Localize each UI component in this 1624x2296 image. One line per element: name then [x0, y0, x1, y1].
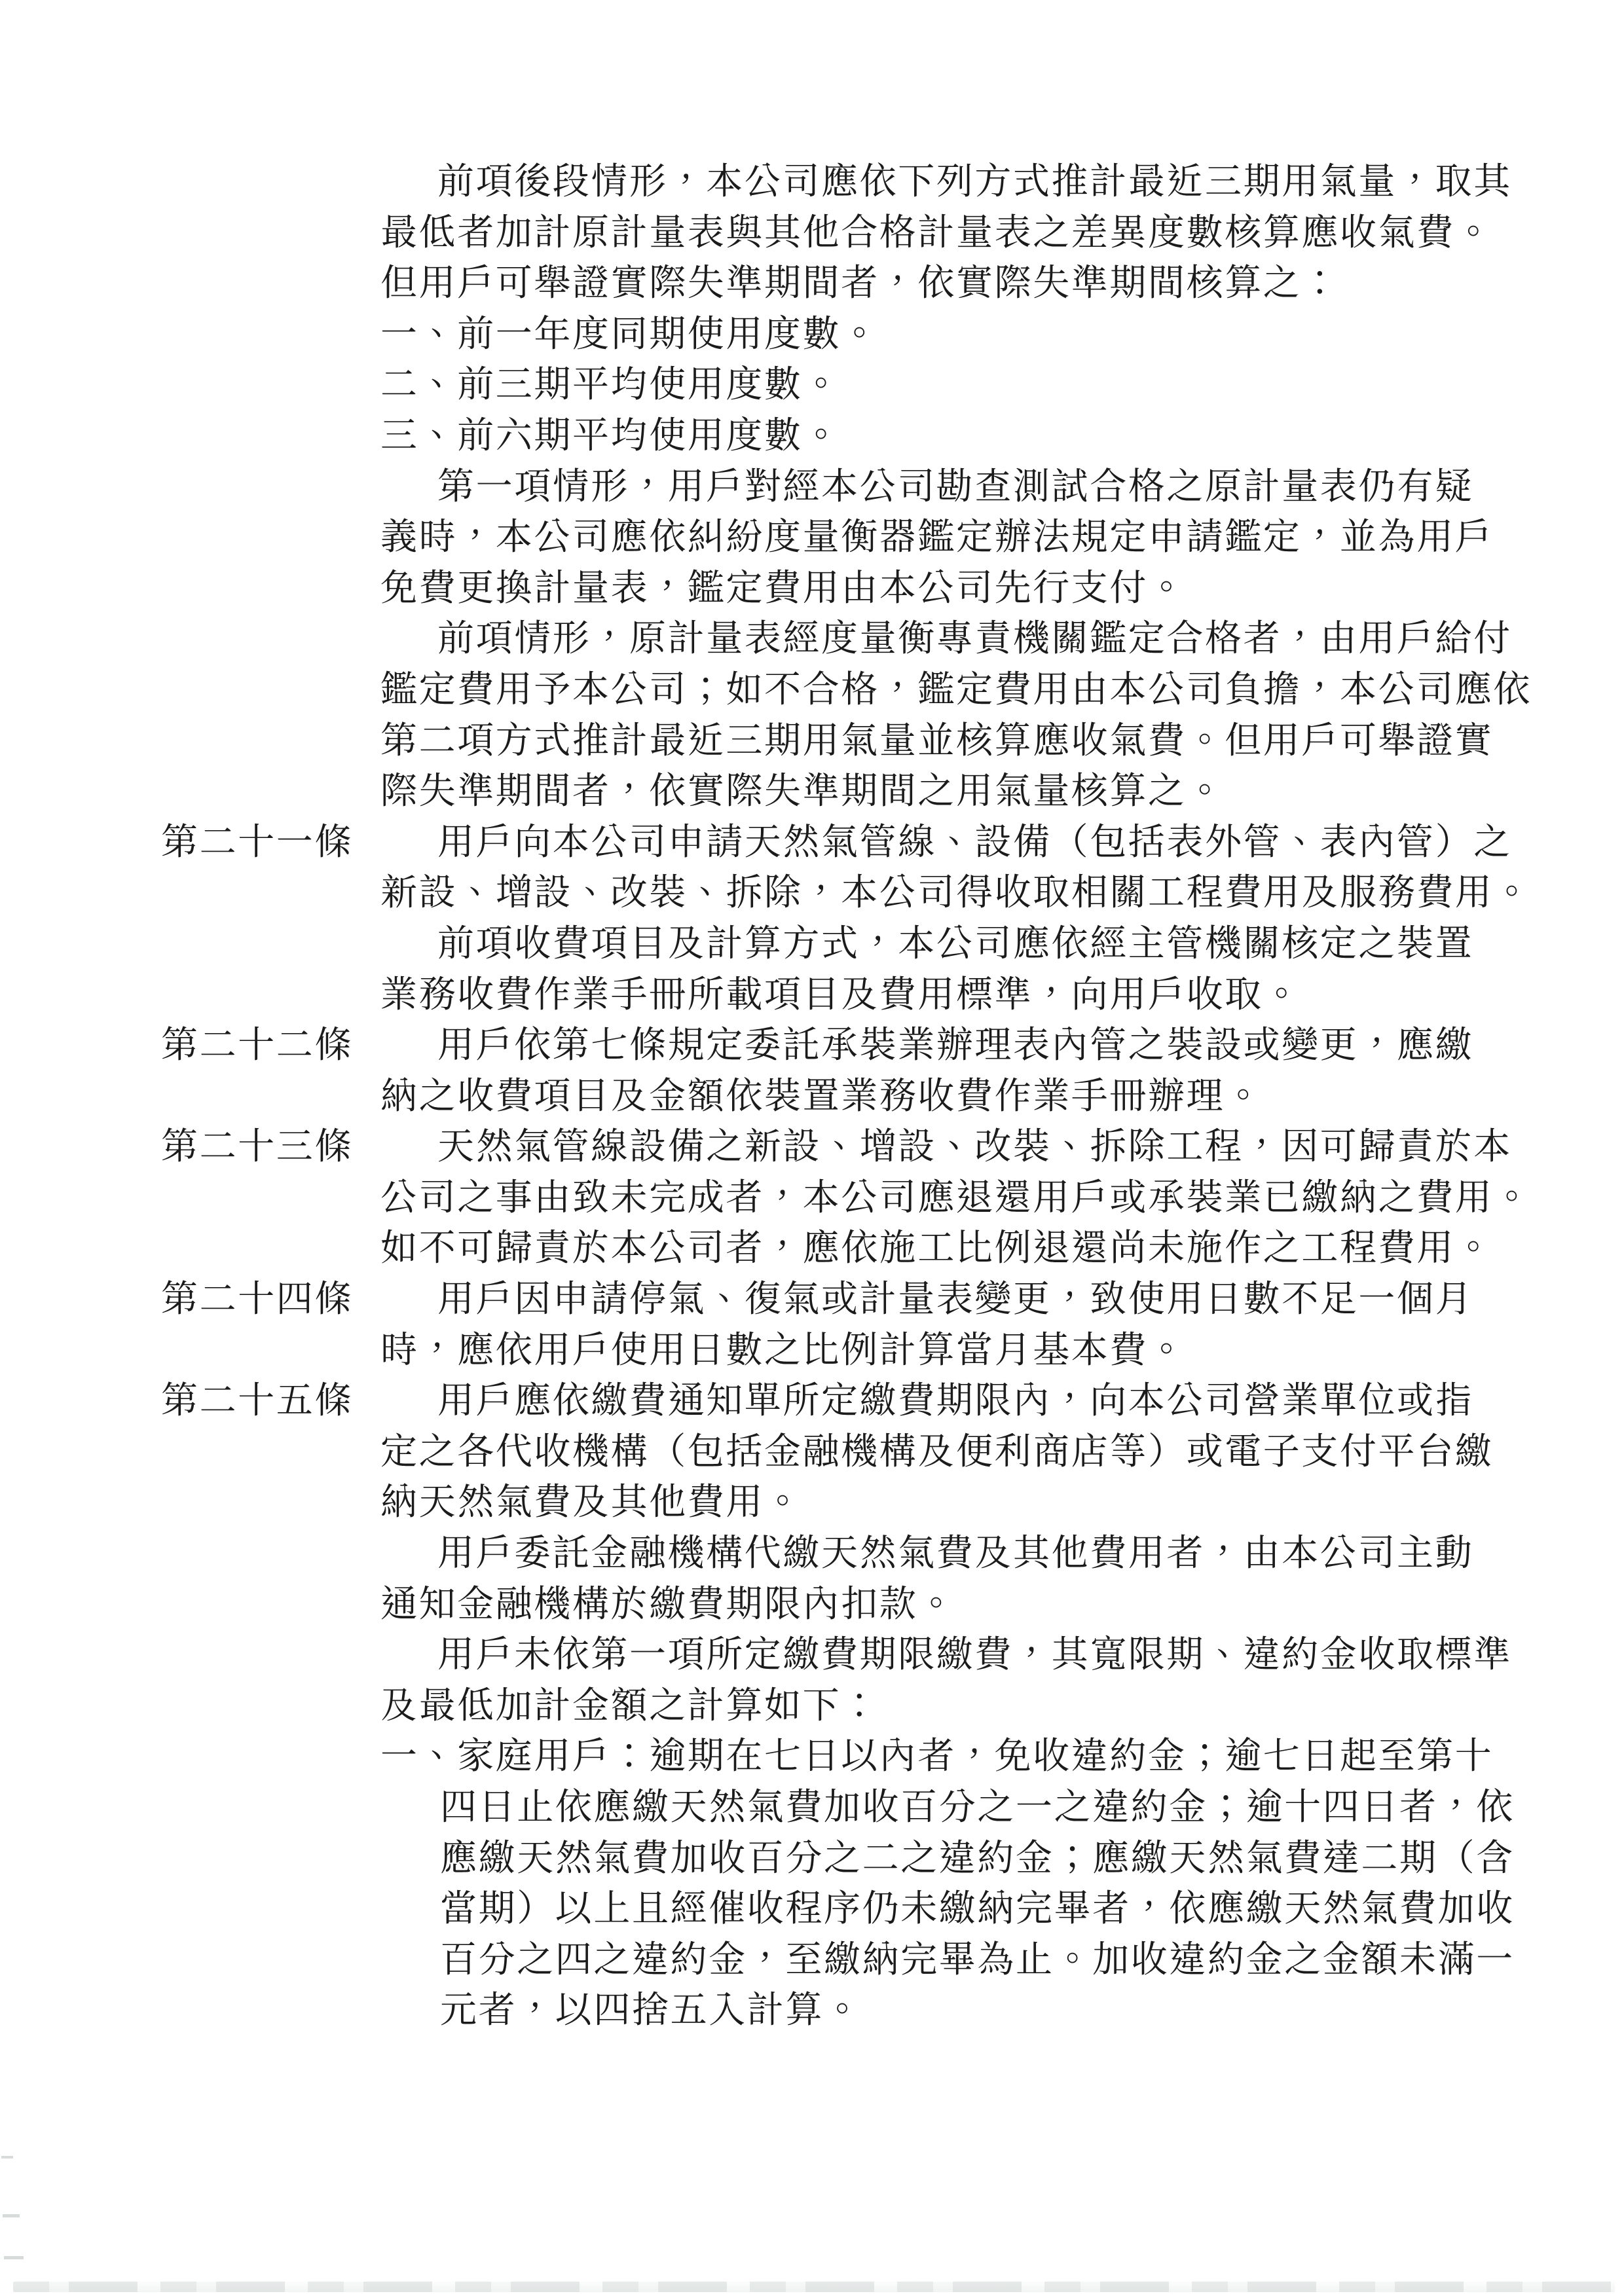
scanned-page: 前項後段情形，本公司應依下列方式推計最近三期用氣量，取其最低者加計原計量表與其他…	[0, 0, 1624, 2296]
line-text: 通知金融機構於繳費期限內扣款。	[380, 1579, 956, 1630]
document-line: 前項後段情形，本公司應依下列方式推計最近三期用氣量，取其	[0, 156, 1624, 208]
document-line: 第二十二條用戶依第七條規定委託承裝業辦理表內管之裝設或變更，應繳	[0, 1020, 1624, 1071]
document-line: 免費更換計量表，鑑定費用由本公司先行支付。	[0, 563, 1624, 614]
document-line: 義時，本公司應依糾紛度量衡器鑑定辦法規定申請鑑定，並為用戶	[0, 512, 1624, 563]
article-number: 第二十四條	[161, 1274, 353, 1325]
line-text: 義時，本公司應依糾紛度量衡器鑑定辦法規定申請鑑定，並為用戶	[380, 512, 1493, 563]
line-text: 納之收費項目及金額依裝置業務收費作業手冊辦理。	[380, 1071, 1263, 1122]
line-text: 用戶因申請停氣、復氣或計量表變更，致使用日數不足一個月	[437, 1274, 1473, 1325]
document-line: 鑑定費用予本公司；如不合格，鑑定費用由本公司負擔，本公司應依	[0, 665, 1624, 716]
document-line: 元者，以四捨五入計算。	[0, 1985, 1624, 2036]
document-body: 前項後段情形，本公司應依下列方式推計最近三期用氣量，取其最低者加計原計量表與其他…	[0, 156, 1624, 2036]
document-line: 第一項情形，用戶對經本公司勘查測試合格之原計量表仍有疑	[0, 462, 1624, 513]
article-number: 第二十二條	[161, 1020, 353, 1071]
document-line: 四日止依應繳天然氣費加收百分之一之違約金；逾十四日者，依	[0, 1782, 1624, 1833]
document-line: 當期）以上且經催收程序仍未繳納完畢者，依應繳天然氣費加收	[0, 1884, 1624, 1935]
document-line: 應繳天然氣費加收百分之二之違約金；應繳天然氣費達二期（含	[0, 1833, 1624, 1884]
document-line: 如不可歸責於本公司者，應依施工比例退還尚未施作之工程費用。	[0, 1223, 1624, 1274]
line-text: 定之各代收機構（包括金融機構及便利商店等）或電子支付平台繳	[380, 1427, 1493, 1478]
line-text: 一、家庭用戶：逾期在七日以內者，免收違約金；逾七日起至第十	[380, 1731, 1493, 1782]
article-number: 第二十三條	[161, 1121, 353, 1173]
document-line: 第二十一條用戶向本公司申請天然氣管線、設備（包括表外管、表內管）之	[0, 817, 1624, 868]
document-line: 前項情形，原計量表經度量衡專責機關鑑定合格者，由用戶給付	[0, 613, 1624, 665]
document-line: 第二十五條用戶應依繳費通知單所定繳費期限內，向本公司營業單位或指	[0, 1376, 1624, 1427]
document-line: 三、前六期平均使用度數。	[0, 410, 1624, 462]
line-text: 四日止依應繳天然氣費加收百分之一之違約金；逾十四日者，依	[440, 1782, 1515, 1833]
line-text: 二、前三期平均使用度數。	[380, 359, 841, 410]
line-text: 納天然氣費及其他費用。	[380, 1477, 803, 1528]
document-line: 但用戶可舉證實際失準期間者，依實際失準期間核算之：	[0, 258, 1624, 309]
line-text: 用戶依第七條規定委託承裝業辦理表內管之裝設或變更，應繳	[437, 1020, 1473, 1071]
document-line: 公司之事由致未完成者，本公司應退還用戶或承裝業已繳納之費用。	[0, 1173, 1624, 1224]
scan-speck	[4, 2256, 24, 2259]
line-text: 最低者加計原計量表與其他合格計量表之差異度數核算應收氣費。	[380, 208, 1493, 259]
line-text: 但用戶可舉證實際失準期間者，依實際失準期間核算之：	[380, 258, 1340, 309]
document-line: 納之收費項目及金額依裝置業務收費作業手冊辦理。	[0, 1071, 1624, 1122]
line-text: 前項情形，原計量表經度量衡專責機關鑑定合格者，由用戶給付	[437, 613, 1512, 665]
line-text: 如不可歸責於本公司者，應依施工比例退還尚未施作之工程費用。	[380, 1223, 1493, 1274]
line-text: 第一項情形，用戶對經本公司勘查測試合格之原計量表仍有疑	[437, 462, 1473, 513]
line-text: 用戶委託金融機構代繳天然氣費及其他費用者，由本公司主動	[437, 1528, 1473, 1579]
line-text: 及最低加計金額之計算如下：	[380, 1681, 879, 1732]
line-text: 應繳天然氣費加收百分之二之違約金；應繳天然氣費達二期（含	[440, 1833, 1515, 1884]
line-text: 百分之四之違約金，至繳納完畢為止。加收違約金之金額未滿一	[440, 1935, 1515, 1986]
document-line: 新設、增設、改裝、拆除，本公司得收取相關工程費用及服務費用。	[0, 867, 1624, 919]
document-line: 納天然氣費及其他費用。	[0, 1477, 1624, 1528]
document-line: 業務收費作業手冊所載項目及費用標準，向用戶收取。	[0, 970, 1624, 1021]
scan-speck	[1, 2156, 13, 2159]
line-text: 際失準期間者，依實際失準期間之用氣量核算之。	[380, 766, 1225, 817]
article-number: 第二十一條	[161, 817, 353, 868]
line-text: 用戶未依第一項所定繳費期限繳費，其寬限期、違約金收取標準	[437, 1630, 1512, 1681]
document-line: 第二項方式推計最近三期用氣量並核算應收氣費。但用戶可舉證實	[0, 716, 1624, 767]
line-text: 公司之事由致未完成者，本公司應退還用戶或承裝業已繳納之費用。	[380, 1173, 1532, 1224]
document-line: 一、家庭用戶：逾期在七日以內者，免收違約金；逾七日起至第十	[0, 1731, 1624, 1782]
document-line: 及最低加計金額之計算如下：	[0, 1681, 1624, 1732]
document-line: 百分之四之違約金，至繳納完畢為止。加收違約金之金額未滿一	[0, 1935, 1624, 1986]
document-line: 通知金融機構於繳費期限內扣款。	[0, 1579, 1624, 1630]
document-line: 二、前三期平均使用度數。	[0, 359, 1624, 410]
document-line: 際失準期間者，依實際失準期間之用氣量核算之。	[0, 766, 1624, 817]
document-line: 第二十三條天然氣管線設備之新設、增設、改裝、拆除工程，因可歸責於本	[0, 1121, 1624, 1173]
line-text: 新設、增設、改裝、拆除，本公司得收取相關工程費用及服務費用。	[380, 867, 1532, 919]
document-line: 最低者加計原計量表與其他合格計量表之差異度數核算應收氣費。	[0, 208, 1624, 259]
line-text: 用戶應依繳費通知單所定繳費期限內，向本公司營業單位或指	[437, 1376, 1473, 1427]
line-text: 當期）以上且經催收程序仍未繳納完畢者，依應繳天然氣費加收	[440, 1884, 1515, 1935]
line-text: 一、前一年度同期使用度數。	[380, 309, 879, 360]
line-text: 前項收費項目及計算方式，本公司應依經主管機關核定之裝置	[437, 919, 1473, 970]
line-text: 鑑定費用予本公司；如不合格，鑑定費用由本公司負擔，本公司應依	[380, 665, 1532, 716]
line-text: 前項後段情形，本公司應依下列方式推計最近三期用氣量，取其	[437, 156, 1512, 208]
document-line: 一、前一年度同期使用度數。	[0, 309, 1624, 360]
document-line: 時，應依用戶使用日數之比例計算當月基本費。	[0, 1325, 1624, 1376]
line-text: 業務收費作業手冊所載項目及費用標準，向用戶收取。	[380, 970, 1301, 1021]
document-line: 用戶委託金融機構代繳天然氣費及其他費用者，由本公司主動	[0, 1528, 1624, 1579]
document-line: 定之各代收機構（包括金融機構及便利商店等）或電子支付平台繳	[0, 1427, 1624, 1478]
scan-speck	[3, 2214, 20, 2217]
line-text: 元者，以四捨五入計算。	[440, 1985, 862, 2036]
line-text: 天然氣管線設備之新設、增設、改裝、拆除工程，因可歸責於本	[437, 1121, 1512, 1173]
line-text: 用戶向本公司申請天然氣管線、設備（包括表外管、表內管）之	[437, 817, 1512, 868]
line-text: 三、前六期平均使用度數。	[380, 410, 841, 462]
document-line: 前項收費項目及計算方式，本公司應依經主管機關核定之裝置	[0, 919, 1624, 970]
article-number: 第二十五條	[161, 1376, 353, 1427]
scan-noise-band	[13, 2282, 1615, 2292]
document-line: 用戶未依第一項所定繳費期限繳費，其寬限期、違約金收取標準	[0, 1630, 1624, 1681]
line-text: 時，應依用戶使用日數之比例計算當月基本費。	[380, 1325, 1187, 1376]
line-text: 免費更換計量表，鑑定費用由本公司先行支付。	[380, 563, 1187, 614]
document-line: 第二十四條用戶因申請停氣、復氣或計量表變更，致使用日數不足一個月	[0, 1274, 1624, 1325]
line-text: 第二項方式推計最近三期用氣量並核算應收氣費。但用戶可舉證實	[380, 716, 1493, 767]
